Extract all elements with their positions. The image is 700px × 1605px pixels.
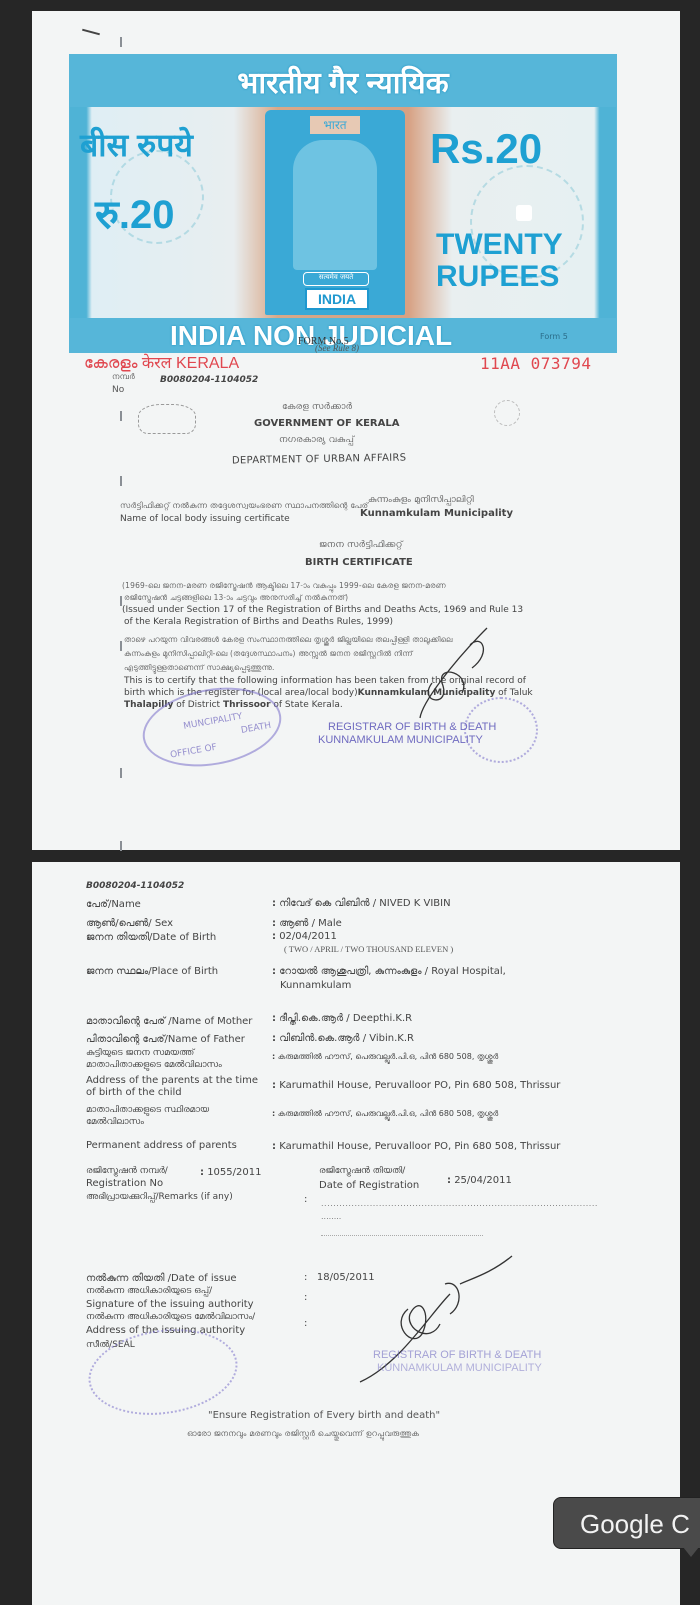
field-value-address: : Karumathil House, Peruvalloor PO, Pin … xyxy=(272,1080,560,1091)
field-label-name: പേര്/Name xyxy=(86,899,141,910)
issued-under-mal-2: രജിസ്ട്രേഷൻ ചട്ടങ്ങളിലെ 13-ാം ചട്ടവും അന… xyxy=(124,593,348,603)
stamp-motto: सत्यमेव जयते xyxy=(303,272,369,286)
dob-words: ( TWO / APRIL / TWO THOUSAND ELEVEN ) xyxy=(284,944,453,954)
remarks-colon: : xyxy=(304,1194,307,1205)
certify-mal-2: കുന്നംകുളം മുനിസിപ്പാലിറ്റി-ലെ (തദ്ദേശസ്… xyxy=(124,649,413,659)
seal-text: MUNCIPALITY xyxy=(183,712,244,732)
sex-value: ആൺ / Male xyxy=(279,918,342,929)
field-label-dob: ജനന തിയതി/Date of Birth xyxy=(86,932,216,943)
field-label-father: പിതാവിന്റെ പേര്/Name of Father xyxy=(86,1034,245,1045)
field-label-address-2: of birth of the child xyxy=(86,1087,182,1098)
field-label-address-mal: കുട്ടിയുടെ ജനന സമയത്ത് xyxy=(86,1048,194,1058)
colon: : xyxy=(272,1109,275,1118)
field-value-father: : വിബിൻ.കെ.ആർ / Vibin.K.R xyxy=(272,1033,414,1044)
field-label-place: ജനന സ്ഥലം/Place of Birth xyxy=(86,966,218,977)
footer-slogan: "Ensure Registration of Every birth and … xyxy=(208,1410,440,1421)
birth-certificate-mal: ജനന സർട്ടിഫിക്കറ്റ് xyxy=(319,540,403,550)
reg-no-value: : 1055/2011 xyxy=(200,1167,261,1178)
certificate-page-2: B0080204-1104052 പേര്/Name : നിവേദ് കെ വ… xyxy=(32,862,680,1605)
field-value-mother: : ദീപ്തി.കെ.ആർ / Deepthi.K.R xyxy=(272,1013,412,1024)
tooltip-label: Google C xyxy=(580,1509,690,1539)
stamp-serial-number: 11AA 073794 xyxy=(480,354,591,373)
reg-no: 1055/2011 xyxy=(207,1167,261,1178)
addr-colon: : xyxy=(304,1318,307,1329)
stamp-paper: भारतीय गैर न्यायिक बीस रुपये रु.20 Rs.20… xyxy=(69,54,617,353)
issued-under-2: of the Kerala Registration of Births and… xyxy=(124,617,393,627)
divider-line xyxy=(321,1235,483,1236)
name-value: നിവേദ് കെ വിബിൻ / NIVED K VIBIN xyxy=(279,898,450,909)
government-mal: കേരള സർക്കാർ xyxy=(282,402,352,412)
registrar-stamp-1: REGISTRAR OF BIRTH & DEATH xyxy=(373,1349,541,1361)
no-label: No xyxy=(112,385,124,395)
field-label-perm: Permanent address of parents xyxy=(86,1140,237,1151)
local-body-label-mal: സർട്ടിഫിക്കറ്റ് നൽകുന്ന തദ്ദേശസ്വയംഭരണ സ… xyxy=(120,501,368,511)
issue-date-label: നൽകുന്ന തിയതി /Date of issue xyxy=(86,1273,237,1284)
stamp-hindi-amount: रु.20 xyxy=(95,185,175,240)
field-value-place: : റോയൽ ആശുപത്രി, കുന്നംകുളം / Royal Hosp… xyxy=(272,966,506,977)
colon: : xyxy=(272,1080,276,1091)
colon: : xyxy=(272,898,276,909)
margin-mark xyxy=(120,768,122,778)
field-value-sex: : ആൺ / Male xyxy=(272,918,342,929)
stamp-india-label: INDIA xyxy=(305,288,369,310)
certify-3d: of State Kerala. xyxy=(271,700,343,710)
local-body-label: Name of local body issuing certificate xyxy=(120,514,290,524)
addr-label-mal: നൽകുന്ന അധികാരിയുടെ മേൽവിലാസം/ xyxy=(86,1312,255,1322)
colon: : xyxy=(200,1167,204,1178)
birth-certificate-title: BIRTH CERTIFICATE xyxy=(305,557,413,568)
certify-mal-3: എടുത്തിട്ടുള്ളതാണെന്ന് സാക്ഷ്യപ്പെടുത്തു… xyxy=(124,663,275,673)
reg-no-label-mal: രജിസ്ട്രേഷൻ നമ്പർ/ xyxy=(86,1166,168,1176)
field-label-mother: മാതാവിന്റെ പേര് /Name of Mother xyxy=(86,1016,252,1027)
no-label-mal: നമ്പർ xyxy=(112,372,135,382)
seal-text: OFFICE OF xyxy=(169,743,217,761)
perm-mal-value: കരുമത്തിൽ ഹൗസ്, പെരുവല്ലൂർ.പി.ഒ, പിൻ 680… xyxy=(278,1109,498,1118)
round-seal xyxy=(464,697,538,763)
remarks-dots: ........................................… xyxy=(321,1199,598,1208)
stamp-bharat: भारत xyxy=(310,116,360,134)
state-name: കേരളം केरल KERALA xyxy=(84,351,239,373)
place-value: റോയൽ ആശുപത്രി, കുന്നംകുളം / Royal Hospit… xyxy=(279,966,506,977)
dob-value: 02/04/2011 xyxy=(279,931,337,942)
field-label-sex: ആൺ/പെൺ/ Sex xyxy=(86,918,173,929)
tooltip-tail xyxy=(683,1547,699,1557)
certificate-number: B0080204-1104052 xyxy=(86,881,184,891)
remarks-dots-2: ........ xyxy=(321,1212,341,1221)
field-value-name: : നിവേദ് കെ വിബിൻ / NIVED K VIBIN xyxy=(272,898,451,909)
colon: : xyxy=(272,931,276,942)
seal-text: DEATH xyxy=(240,721,272,736)
google-tooltip: Google C xyxy=(553,1497,700,1549)
margin-mark xyxy=(120,841,122,851)
government-title: GOVERNMENT OF KERALA xyxy=(254,418,399,429)
department-mal: നഗരകാര്യ വകുപ്പ് xyxy=(279,435,354,445)
kerala-emblem-icon xyxy=(138,404,196,434)
local-body-name: Kunnamkulam Municipality xyxy=(360,508,513,519)
field-label-perm-mal: മാതാപിതാക്കളുടെ സ്ഥിരമായ xyxy=(86,1105,209,1115)
stamp-english-words-1: TWENTY xyxy=(436,228,563,262)
mother-value: ദീപ്തി.കെ.ആർ / Deepthi.K.R xyxy=(279,1013,412,1024)
local-body-mal: കുന്നംകുളം മുനിസിപ്പാലിറ്റി xyxy=(368,495,474,505)
field-value-perm: : Karumathil House, Peruvalloor PO, Pin … xyxy=(272,1141,560,1152)
reg-date-value: : 25/04/2011 xyxy=(447,1175,512,1186)
department-title: DEPARTMENT OF URBAN AFFAIRS xyxy=(232,452,407,466)
certify-mal-1: താഴെ പറയുന്ന വിവരങ്ങൾ കേരള സംസ്ഥാനത്തിലെ… xyxy=(124,635,453,645)
certificate-page-1: भारतीय गैर न्यायिक बीस रुपये रु.20 Rs.20… xyxy=(32,11,680,850)
stamp-hindi-title: भारतीय गैर न्यायिक xyxy=(70,61,616,102)
colon: : xyxy=(272,1052,275,1061)
colon: : xyxy=(272,1141,276,1152)
registrar-stamp-2: KUNNAMKULAM MUNICIPALITY xyxy=(318,734,483,746)
reg-date-label-mal: രജിസ്ട്രേഷൻ തിയതി/ xyxy=(319,1166,405,1176)
sig-label-mal: നൽകുന്ന അധികാരിയുടെ ഒപ്പ്/ xyxy=(86,1286,212,1296)
field-value-perm-mal: : കരുമത്തിൽ ഹൗസ്, പെരുവല്ലൂർ.പി.ഒ, പിൻ 6… xyxy=(272,1109,498,1119)
father-value: വിബിൻ.കെ.ആർ / Vibin.K.R xyxy=(279,1033,414,1044)
address-value: Karumathil House, Peruvalloor PO, Pin 68… xyxy=(279,1080,560,1091)
form-corner: Form 5 xyxy=(540,332,568,341)
field-label-address: Address of the parents at the time xyxy=(86,1075,258,1086)
colon: : xyxy=(272,966,276,977)
security-square xyxy=(516,205,532,221)
margin-mark xyxy=(120,641,122,651)
sig-label: Signature of the issuing authority xyxy=(86,1299,254,1310)
colon: : xyxy=(447,1175,451,1186)
colon: : xyxy=(304,1272,307,1283)
place-value-2: Kunnamkulam xyxy=(280,980,351,991)
colon: : xyxy=(272,1013,276,1024)
colon: : xyxy=(272,918,276,929)
stamp-top-band: भारतीय गैर न्यायिक xyxy=(70,55,616,107)
registrar-stamp-2: KUNNAMKULAM MUNICIPALITY xyxy=(377,1362,542,1374)
certificate-number: B0080204-1104052 xyxy=(160,375,258,385)
remarks-label: അഭിപ്രായക്കുറിപ്പ്/Remarks (if any) xyxy=(86,1192,233,1202)
reg-date: 25/04/2011 xyxy=(454,1175,512,1186)
address-mal-value: കരുമത്തിൽ ഹൗസ്, പെരുവല്ലൂർ.പി.ഒ, പിൻ 680… xyxy=(278,1052,498,1061)
issued-under-mal-1: (1969-ലെ ജനന-മരണ രജിസ്ട്രേഷൻ ആക്ടിലെ 17-… xyxy=(122,581,446,591)
stamp-english-amount: Rs.20 xyxy=(430,125,542,173)
footer-slogan-mal: ഓരോ ജനനവും മരണവും രജിസ്റ്റർ ചെയ്തുവെന്ന്… xyxy=(187,1429,419,1439)
watermark-circle xyxy=(494,400,520,426)
see-rule: (See Rule 8) xyxy=(315,343,359,353)
margin-mark xyxy=(120,37,122,47)
margin-mark xyxy=(120,476,122,486)
ashoka-pillar-emblem: भारत सत्यमेव जयते INDIA xyxy=(265,110,405,315)
field-value-dob: : 02/04/2011 xyxy=(272,931,337,942)
stamp-hindi-amount-words: बीस रुपये xyxy=(80,123,193,166)
lion-capital-icon xyxy=(293,140,377,270)
reg-no-label: Registration No xyxy=(86,1178,163,1189)
sig-colon: : xyxy=(304,1292,307,1303)
reg-date-label: Date of Registration xyxy=(319,1180,419,1191)
field-value-address-mal: : കരുമത്തിൽ ഹൗസ്, പെരുവല്ലൂർ.പി.ഒ, പിൻ 6… xyxy=(272,1052,498,1062)
colon: : xyxy=(272,1033,276,1044)
field-label-perm-mal-2: മേൽവിലാസം xyxy=(86,1117,144,1127)
perm-value: Karumathil House, Peruvalloor PO, Pin 68… xyxy=(279,1141,560,1152)
issued-under-1: (Issued under Section 17 of the Registra… xyxy=(122,605,523,615)
stamp-english-words-2: RUPEES xyxy=(436,260,559,294)
margin-mark xyxy=(120,411,122,421)
pen-mark xyxy=(82,29,100,36)
field-label-address-mal-2: മാതാപിതാക്കളുടെ മേൽവിലാസം xyxy=(86,1060,222,1070)
